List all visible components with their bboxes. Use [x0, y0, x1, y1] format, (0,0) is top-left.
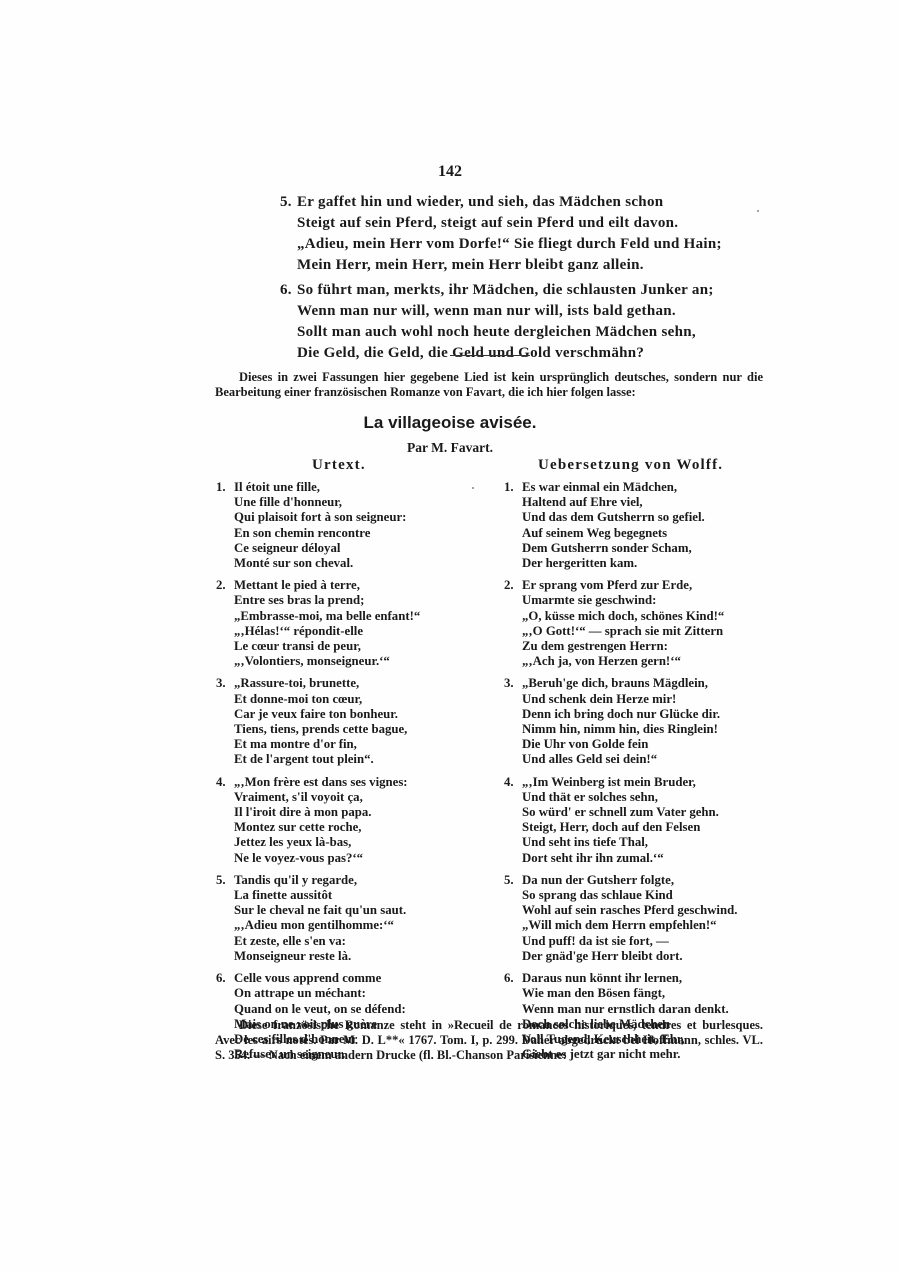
- verse-line: Denn ich bring doch nur Glücke dir.: [504, 707, 794, 722]
- verse-line: 2.Mettant le pied à terre,: [216, 578, 496, 593]
- stanza-line: Wenn man nur will, wenn man nur will, is…: [280, 301, 714, 322]
- verse: 1.Il étoit une fille,Une fille d'honneur…: [216, 480, 496, 571]
- verse-line: Tiens, tiens, prends cette bague,: [216, 722, 496, 737]
- verse-number: 3.: [504, 676, 522, 691]
- verse: 2.Er sprang vom Pferd zur Erde,Umarmte s…: [504, 578, 794, 669]
- verse-line: Quand on le veut, on se défend:: [216, 1002, 496, 1017]
- verse-line: Une fille d'honneur,: [216, 495, 496, 510]
- verse-line: Auf seinem Weg begegnets: [504, 526, 794, 541]
- song-title: La villageoise avisée.: [0, 413, 900, 433]
- verse-line: Nimm hin, nimm hin, dies Ringlein!: [504, 722, 794, 737]
- verse-line: 2.Er sprang vom Pferd zur Erde,: [504, 578, 794, 593]
- verse-line: Der hergeritten kam.: [504, 556, 794, 571]
- verse-number: 2.: [504, 578, 522, 593]
- verse-line: Haltend auf Ehre viel,: [504, 495, 794, 510]
- right-column-heading: Uebersetzung von Wolff.: [538, 457, 723, 474]
- original-text-column: 1.Il étoit une fille,Une fille d'honneur…: [216, 480, 496, 1069]
- verse-line: 6.Celle vous apprend comme: [216, 971, 496, 986]
- verse: 3.„Beruh'ge dich, brauns Mägdlein,Und sc…: [504, 676, 794, 767]
- verse: 1.Es war einmal ein Mädchen,Haltend auf …: [504, 480, 794, 571]
- verse-line-text: Celle vous apprend comme: [234, 971, 381, 985]
- verse-line: Ce seigneur déloyal: [216, 541, 496, 556]
- verse-line: Qui plaisoit fort à son seigneur:: [216, 510, 496, 525]
- intro-note: Dieses in zwei Fassungen hier gegebene L…: [215, 370, 763, 400]
- verse-line: En son chemin rencontre: [216, 526, 496, 541]
- verse-line-text: Tandis qu'il y regarde,: [234, 873, 357, 887]
- verse-line: Und schenk dein Herze mir!: [504, 692, 794, 707]
- verse-number: 4.: [504, 775, 522, 790]
- verse-number: 1.: [504, 480, 522, 495]
- verse-line: Le cœur transi de peur,: [216, 639, 496, 654]
- verse-line: 4.„‚Im Weinberg ist mein Bruder,: [504, 775, 794, 790]
- verse-number: 5.: [216, 873, 234, 888]
- stanza-line: Steigt auf sein Pferd, steigt auf sein P…: [280, 213, 722, 234]
- verse-line: Steigt, Herr, doch auf den Felsen: [504, 820, 794, 835]
- verse-line: 3.„Rassure-toi, brunette,: [216, 676, 496, 691]
- verse: 5.Tandis qu'il y regarde,La finette auss…: [216, 873, 496, 964]
- verse-line: „‚Adieu mon gentilhomme:‘“: [216, 918, 496, 933]
- verse-line: On attrape un méchant:: [216, 986, 496, 1001]
- verse-line-text: Il étoit une fille,: [234, 480, 320, 494]
- verse-line: Und seht ins tiefe Thal,: [504, 835, 794, 850]
- stanza-line: Sollt man auch wohl noch heute dergleich…: [280, 322, 714, 343]
- scan-speck: [757, 210, 759, 212]
- verse-line: Car je veux faire ton bonheur.: [216, 707, 496, 722]
- song-author: Par M. Favart.: [0, 440, 900, 456]
- verse-line: So würd' er schnell zum Vater gehn.: [504, 805, 794, 820]
- verse-line-text: „‚Im Weinberg ist mein Bruder,: [522, 775, 696, 789]
- verse-number: 2.: [216, 578, 234, 593]
- top-stanza-6: 6.So führt man, merkts, ihr Mädchen, die…: [280, 280, 714, 364]
- verse-line: Ne le voyez-vous pas?‘“: [216, 851, 496, 866]
- verse-line: So sprang das schlaue Kind: [504, 888, 794, 903]
- verse-line-text: Daraus nun könnt ihr lernen,: [522, 971, 682, 985]
- stanza-line: „Adieu, mein Herr vom Dorfe!“ Sie fliegt…: [280, 234, 722, 255]
- book-page: 142 5.Er gaffet hin und wieder, und sieh…: [0, 0, 900, 1273]
- scan-speck: [472, 487, 474, 489]
- verse-line: La finette aussitôt: [216, 888, 496, 903]
- verse-line: Et de l'argent tout plein“.: [216, 752, 496, 767]
- stanza-number: 5.: [280, 192, 297, 213]
- verse-line: Vraiment, s'il voyoit ça,: [216, 790, 496, 805]
- verse-line: Und alles Geld sei dein!“: [504, 752, 794, 767]
- verse: 2.Mettant le pied à terre,Entre ses bras…: [216, 578, 496, 669]
- verse-number: 6.: [216, 971, 234, 986]
- verse-line: 5.Tandis qu'il y regarde,: [216, 873, 496, 888]
- verse-line: Wenn man nur ernstlich daran denkt.: [504, 1002, 794, 1017]
- left-column-heading: Urtext.: [312, 457, 366, 474]
- verse-line: Et donne-moi ton cœur,: [216, 692, 496, 707]
- verse-line: Umarmte sie geschwind:: [504, 593, 794, 608]
- verse-line: Und puff! da ist sie fort, —: [504, 934, 794, 949]
- verse: 3.„Rassure-toi, brunette,Et donne-moi to…: [216, 676, 496, 767]
- verse-line: Jettez les yeux là-bas,: [216, 835, 496, 850]
- verse-line: Wie man den Bösen fängt,: [504, 986, 794, 1001]
- verse: 4.„‚Im Weinberg ist mein Bruder,Und thät…: [504, 775, 794, 866]
- stanza-line: Er gaffet hin und wieder, und sieh, das …: [297, 194, 663, 210]
- verse-line: „Embrasse-moi, ma belle enfant!“: [216, 609, 496, 624]
- verse-line: Il l'iroit dire à mon papa.: [216, 805, 496, 820]
- verse-line: 6.Daraus nun könnt ihr lernen,: [504, 971, 794, 986]
- verse-line-text: „Rassure-toi, brunette,: [234, 676, 359, 690]
- verse-line: Monseigneur reste là.: [216, 949, 496, 964]
- verse-line: „‚Ach ja, von Herzen gern!‘“: [504, 654, 794, 669]
- verse-line: „‚Hélas!‘“ répondit-elle: [216, 624, 496, 639]
- verse-line: Dort seht ihr ihn zumal.‘“: [504, 851, 794, 866]
- verse-line: Der gnäd'ge Herr bleibt dort.: [504, 949, 794, 964]
- verse-line: 1.Il étoit une fille,: [216, 480, 496, 495]
- stanza-line: So führt man, merkts, ihr Mädchen, die s…: [297, 282, 714, 298]
- verse-line: „Will mich dem Herrn empfehlen!“: [504, 918, 794, 933]
- translation-column: 1.Es war einmal ein Mädchen,Haltend auf …: [504, 480, 794, 1069]
- verse-line-text: Er sprang vom Pferd zur Erde,: [522, 578, 692, 592]
- verse-line: Und thät er solches sehn,: [504, 790, 794, 805]
- verse-line: „‚Volontiers, monseigneur.‘“: [216, 654, 496, 669]
- verse: 4.„‚Mon frère est dans ses vignes:Vraime…: [216, 775, 496, 866]
- footer-note: Diese französische Romanze steht in »Rec…: [215, 1018, 763, 1063]
- verse-line: 5.Da nun der Gutsherr folgte,: [504, 873, 794, 888]
- verse-line: Et zeste, elle s'en va:: [216, 934, 496, 949]
- verse-line: Zu dem gestrengen Herrn:: [504, 639, 794, 654]
- verse-line: 1.Es war einmal ein Mädchen,: [504, 480, 794, 495]
- section-divider: [450, 355, 530, 356]
- verse-line-text: Es war einmal ein Mädchen,: [522, 480, 677, 494]
- top-stanza-5: 5.Er gaffet hin und wieder, und sieh, da…: [280, 192, 722, 276]
- verse-line: Dem Gutsherrn sonder Scham,: [504, 541, 794, 556]
- verse-line: „O, küsse mich doch, schönes Kind!“: [504, 609, 794, 624]
- stanza-line: Mein Herr, mein Herr, mein Herr bleibt g…: [280, 255, 722, 276]
- verse-line: Und das dem Gutsherrn so gefiel.: [504, 510, 794, 525]
- verse: 5.Da nun der Gutsherr folgte,So sprang d…: [504, 873, 794, 964]
- verse-line-text: „Beruh'ge dich, brauns Mägdlein,: [522, 676, 708, 690]
- verse-line-text: Da nun der Gutsherr folgte,: [522, 873, 674, 887]
- verse-line-text: Mettant le pied à terre,: [234, 578, 360, 592]
- verse-line: Monté sur son cheval.: [216, 556, 496, 571]
- verse-line: Wohl auf sein rasches Pferd geschwind.: [504, 903, 794, 918]
- verse-line: Et ma montre d'or fin,: [216, 737, 496, 752]
- verse-line: Montez sur cette roche,: [216, 820, 496, 835]
- verse-line: Entre ses bras la prend;: [216, 593, 496, 608]
- verse-number: 6.: [504, 971, 522, 986]
- verse-number: 1.: [216, 480, 234, 495]
- verse-line-text: „‚Mon frère est dans ses vignes:: [234, 775, 408, 789]
- verse-line: Sur le cheval ne fait qu'un saut.: [216, 903, 496, 918]
- verse-line: „‚O Gott!‘“ — sprach sie mit Zittern: [504, 624, 794, 639]
- verse-number: 4.: [216, 775, 234, 790]
- verse-number: 5.: [504, 873, 522, 888]
- stanza-line: Die Geld, die Geld, die Geld und Gold ve…: [280, 343, 714, 364]
- verse-line: Die Uhr von Golde fein: [504, 737, 794, 752]
- verse-line: 3.„Beruh'ge dich, brauns Mägdlein,: [504, 676, 794, 691]
- stanza-number: 6.: [280, 280, 297, 301]
- page-number: 142: [0, 163, 900, 181]
- verse-line: 4.„‚Mon frère est dans ses vignes:: [216, 775, 496, 790]
- verse-number: 3.: [216, 676, 234, 691]
